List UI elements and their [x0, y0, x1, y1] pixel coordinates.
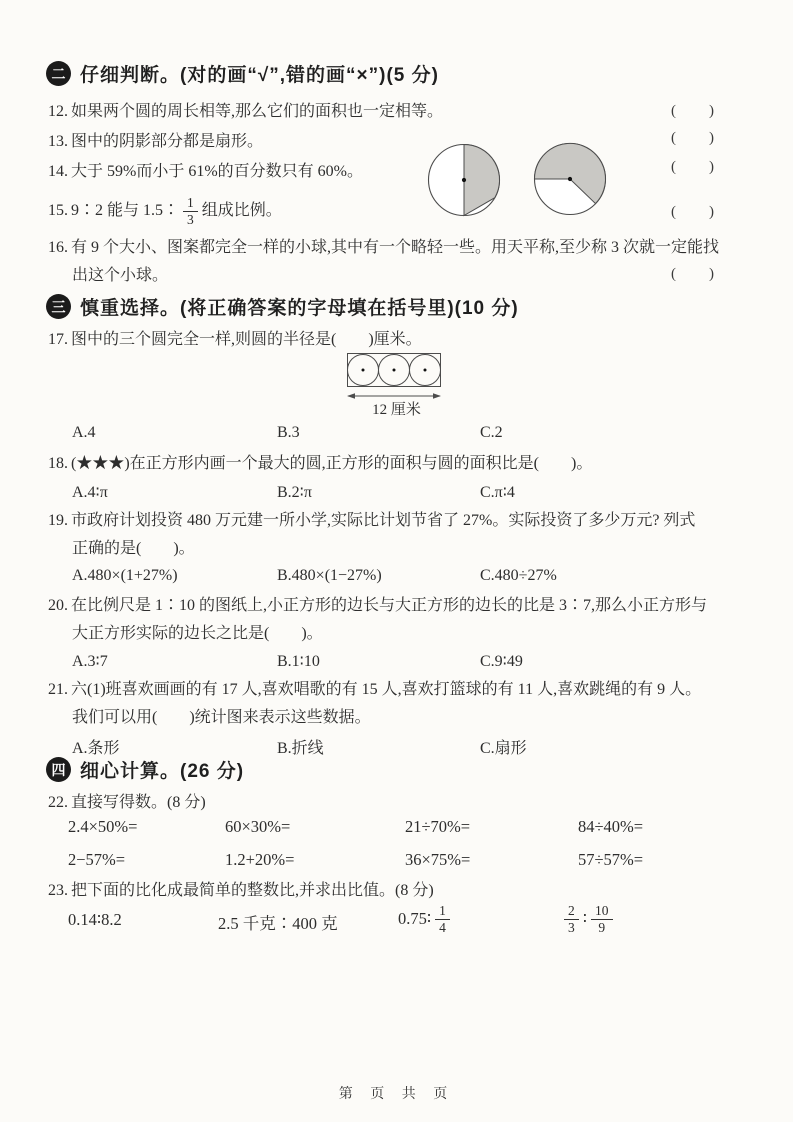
fraction-denominator: 3	[564, 920, 579, 936]
fraction-one-quarter: 1 4	[435, 903, 450, 935]
answer-bracket-q15: ( )	[671, 200, 715, 221]
question-19-line2: 正确的是( )。	[72, 538, 195, 560]
question-20-line1: 20.在比例尺是 1∶10 的图纸上,小正方形的边长与大正方形的边长的比是 3∶…	[48, 595, 707, 617]
question-15-text-pre: 9∶2 能与 1.5∶	[71, 200, 179, 222]
question-21-number: 21.	[48, 679, 71, 701]
section-three-icon: 三	[46, 294, 71, 319]
section-two-icon: 二	[46, 61, 71, 86]
ratio-item-4: 2 3 ∶ 10 9	[560, 896, 617, 942]
fraction-numerator: 10	[591, 903, 613, 920]
exam-page: 二 仔细判断。(对的画“√”,错的画“×”)(5 分) 12.如果两个圆的周长相…	[0, 0, 793, 1122]
page-footer: 第 页 共 页	[0, 1083, 793, 1103]
fraction-numerator: 1	[183, 195, 198, 212]
calc-expression: 57÷57%=	[578, 850, 643, 870]
ratio-item-2: 2.5 千克∶400 克	[218, 910, 338, 934]
question-21-line1: 21.六(1)班喜欢画画的有 17 人,喜欢唱歌的有 15 人,喜欢打篮球的有 …	[48, 679, 701, 701]
question-13: 13.图中的阴影部分都是扇形。	[48, 131, 263, 153]
question-12-text: 如果两个圆的周长相等,那么它们的面积也一定相等。	[71, 103, 443, 120]
question-15-number: 15.	[48, 200, 71, 222]
section-calc-title: 细心计算。(26 分)	[80, 756, 244, 783]
calc-row-2: 2−57%= 1.2+20%= 36×75%= 57÷57%=	[48, 850, 748, 876]
question-12: 12.如果两个圆的周长相等,那么它们的面积也一定相等。	[48, 101, 443, 123]
fraction-denominator: 3	[183, 212, 198, 228]
question-19-line1: 19.市政府计划投资 480 万元建一所小学,实际比计划节省了 27%。实际投资…	[48, 510, 695, 532]
option-b: B.480×(1−27%)	[277, 567, 382, 585]
circle-2-dot	[393, 369, 396, 372]
fraction-two-thirds: 2 3	[564, 903, 579, 935]
question-15-text-post: 组成比例。	[202, 200, 282, 222]
question-19-options: A.480×(1+27%) B.480×(1−27%) C.480÷27%	[48, 567, 748, 591]
question-22: 22.直接写得数。(8 分)	[48, 792, 206, 814]
question-20-options: A.3∶7 B.1∶10 C.9∶49	[48, 651, 748, 675]
fraction-numerator: 2	[564, 903, 579, 920]
question-20-number: 20.	[48, 595, 71, 617]
question-16-line1: 16.有 9 个大小、图案都完全一样的小球,其中有一个略轻一些。用天平称,至少称…	[48, 237, 719, 259]
question-23-title: 把下面的比化成最简单的整数比,并求出比值。(8 分)	[71, 882, 434, 899]
answer-bracket-q14: ( )	[671, 155, 715, 176]
question-13-number: 13.	[48, 131, 71, 153]
option-a: A.480×(1+27%)	[72, 567, 178, 585]
calc-expression: 1.2+20%=	[225, 850, 294, 870]
question-21-text-line1: 六(1)班喜欢画画的有 17 人,喜欢唱歌的有 15 人,喜欢打篮球的有 11 …	[71, 681, 701, 698]
option-c: C.9∶49	[480, 651, 523, 671]
question-20-text-line1: 在比例尺是 1∶10 的图纸上,小正方形的边长与大正方形的边长的比是 3∶7,那…	[71, 597, 707, 614]
section-calc-header: 四 细心计算。(26 分)	[46, 756, 244, 783]
left-circle-center-dot	[462, 178, 466, 182]
calc-expression: 2.4×50%=	[68, 817, 137, 837]
fraction-ten-ninths: 10 9	[591, 903, 613, 935]
option-b: B.折线	[277, 735, 324, 758]
figure-dimension-label: 12 厘米	[346, 398, 447, 419]
section-judge-title: 仔细判断。(对的画“√”,错的画“×”)(5 分)	[80, 60, 439, 87]
option-c: C.扇形	[480, 735, 527, 758]
section-choice-header: 三 慎重选择。(将正确答案的字母填在括号里)(10 分)	[46, 293, 519, 320]
question-17-options: A.4 B.3 C.2	[48, 424, 748, 448]
question-23: 23.把下面的比化成最简单的整数比,并求出比值。(8 分)	[48, 880, 434, 902]
question-16-number: 16.	[48, 237, 71, 259]
question-16-text-line1: 有 9 个大小、图案都完全一样的小球,其中有一个略轻一些。用天平称,至少称 3 …	[71, 239, 719, 256]
fraction-denominator: 9	[594, 920, 609, 936]
option-a: A.4∶π	[72, 482, 108, 502]
option-b: B.1∶10	[277, 651, 320, 671]
section-four-icon: 四	[46, 757, 71, 782]
question-18-options: A.4∶π B.2∶π C.π∶4	[48, 482, 748, 506]
calc-expression: 21÷70%=	[405, 817, 470, 837]
left-circle-shaded-region	[464, 144, 500, 215]
question-17-number: 17.	[48, 329, 71, 351]
answer-bracket-q12: ( )	[671, 99, 715, 120]
question-15: 15. 9∶2 能与 1.5∶ 1 3 组成比例。	[48, 190, 282, 232]
calc-expression: 36×75%=	[405, 850, 470, 870]
circle-1-dot	[362, 369, 365, 372]
option-c: C.480÷27%	[480, 567, 557, 585]
answer-bracket-q13: ( )	[671, 126, 715, 147]
question-20-text-line2: 大正方形实际的边长之比是( )。	[72, 625, 323, 642]
fraction-one-third: 1 3	[183, 195, 198, 227]
question-22-number: 22.	[48, 792, 71, 814]
question-18-number: 18.	[48, 453, 71, 475]
question-23-number: 23.	[48, 880, 71, 902]
question-14: 14.大于 59%而小于 61%的百分数只有 60%。	[48, 161, 363, 183]
question-14-text: 大于 59%而小于 61%的百分数只有 60%。	[71, 163, 363, 180]
option-b: B.2∶π	[277, 482, 312, 502]
question-16-text-line2: 出这个小球。	[72, 267, 168, 284]
question-21-text-line2: 我们可以用( )统计图来表示这些数据。	[72, 709, 371, 726]
question-13-text: 图中的阴影部分都是扇形。	[71, 133, 263, 150]
question-20-line2: 大正方形实际的边长之比是( )。	[72, 623, 323, 645]
question-17-text: 图中的三个圆完全一样,则圆的半径是( )厘米。	[71, 331, 422, 348]
question-16-line2: 出这个小球。	[72, 265, 168, 287]
calc-expression: 60×30%=	[225, 817, 290, 837]
question-12-number: 12.	[48, 101, 71, 123]
option-a: A.4	[72, 424, 96, 442]
question-17: 17.图中的三个圆完全一样,则圆的半径是( )厘米。	[48, 329, 422, 351]
ratio-separator: ∶	[583, 909, 587, 929]
right-circle-center-dot	[568, 177, 572, 181]
question-22-title: 直接写得数。(8 分)	[71, 794, 206, 811]
option-c: C.π∶4	[480, 482, 515, 502]
question-18: 18.(★★★)在正方形内画一个最大的圆,正方形的面积与圆的面积比是( )。	[48, 453, 592, 475]
question-19-text-line2: 正确的是( )。	[72, 540, 195, 557]
option-a: A.3∶7	[72, 651, 108, 671]
option-c: C.2	[480, 424, 503, 442]
section-judge-header: 二 仔细判断。(对的画“√”,错的画“×”)(5 分)	[46, 60, 439, 87]
question-14-number: 14.	[48, 161, 71, 183]
circle-3-dot	[424, 369, 427, 372]
question-19-text-line1: 市政府计划投资 480 万元建一所小学,实际比计划节省了 27%。实际投资了多少…	[71, 512, 695, 529]
ratio-item-3-pre: 0.75∶	[398, 909, 431, 929]
calc-expression: 84÷40%=	[578, 817, 643, 837]
calc-expression: 2−57%=	[68, 850, 125, 870]
ratio-item-1: 0.14∶8.2	[68, 910, 122, 930]
shaded-circles-figure	[427, 140, 607, 220]
option-b: B.3	[277, 424, 300, 442]
section-choice-title: 慎重选择。(将正确答案的字母填在括号里)(10 分)	[80, 293, 519, 320]
option-a: A.条形	[72, 735, 120, 758]
question-19-number: 19.	[48, 510, 71, 532]
question-21-line2: 我们可以用( )统计图来表示这些数据。	[72, 707, 371, 729]
answer-bracket-q16: ( )	[671, 262, 715, 283]
fraction-numerator: 1	[435, 903, 450, 920]
question-18-text: (★★★)在正方形内画一个最大的圆,正方形的面积与圆的面积比是( )。	[71, 455, 592, 472]
ratio-item-3: 0.75∶ 1 4	[398, 896, 454, 942]
calc-row-1: 2.4×50%= 60×30%= 21÷70%= 84÷40%=	[48, 817, 748, 843]
three-circles-figure	[346, 352, 447, 404]
fraction-denominator: 4	[435, 920, 450, 936]
